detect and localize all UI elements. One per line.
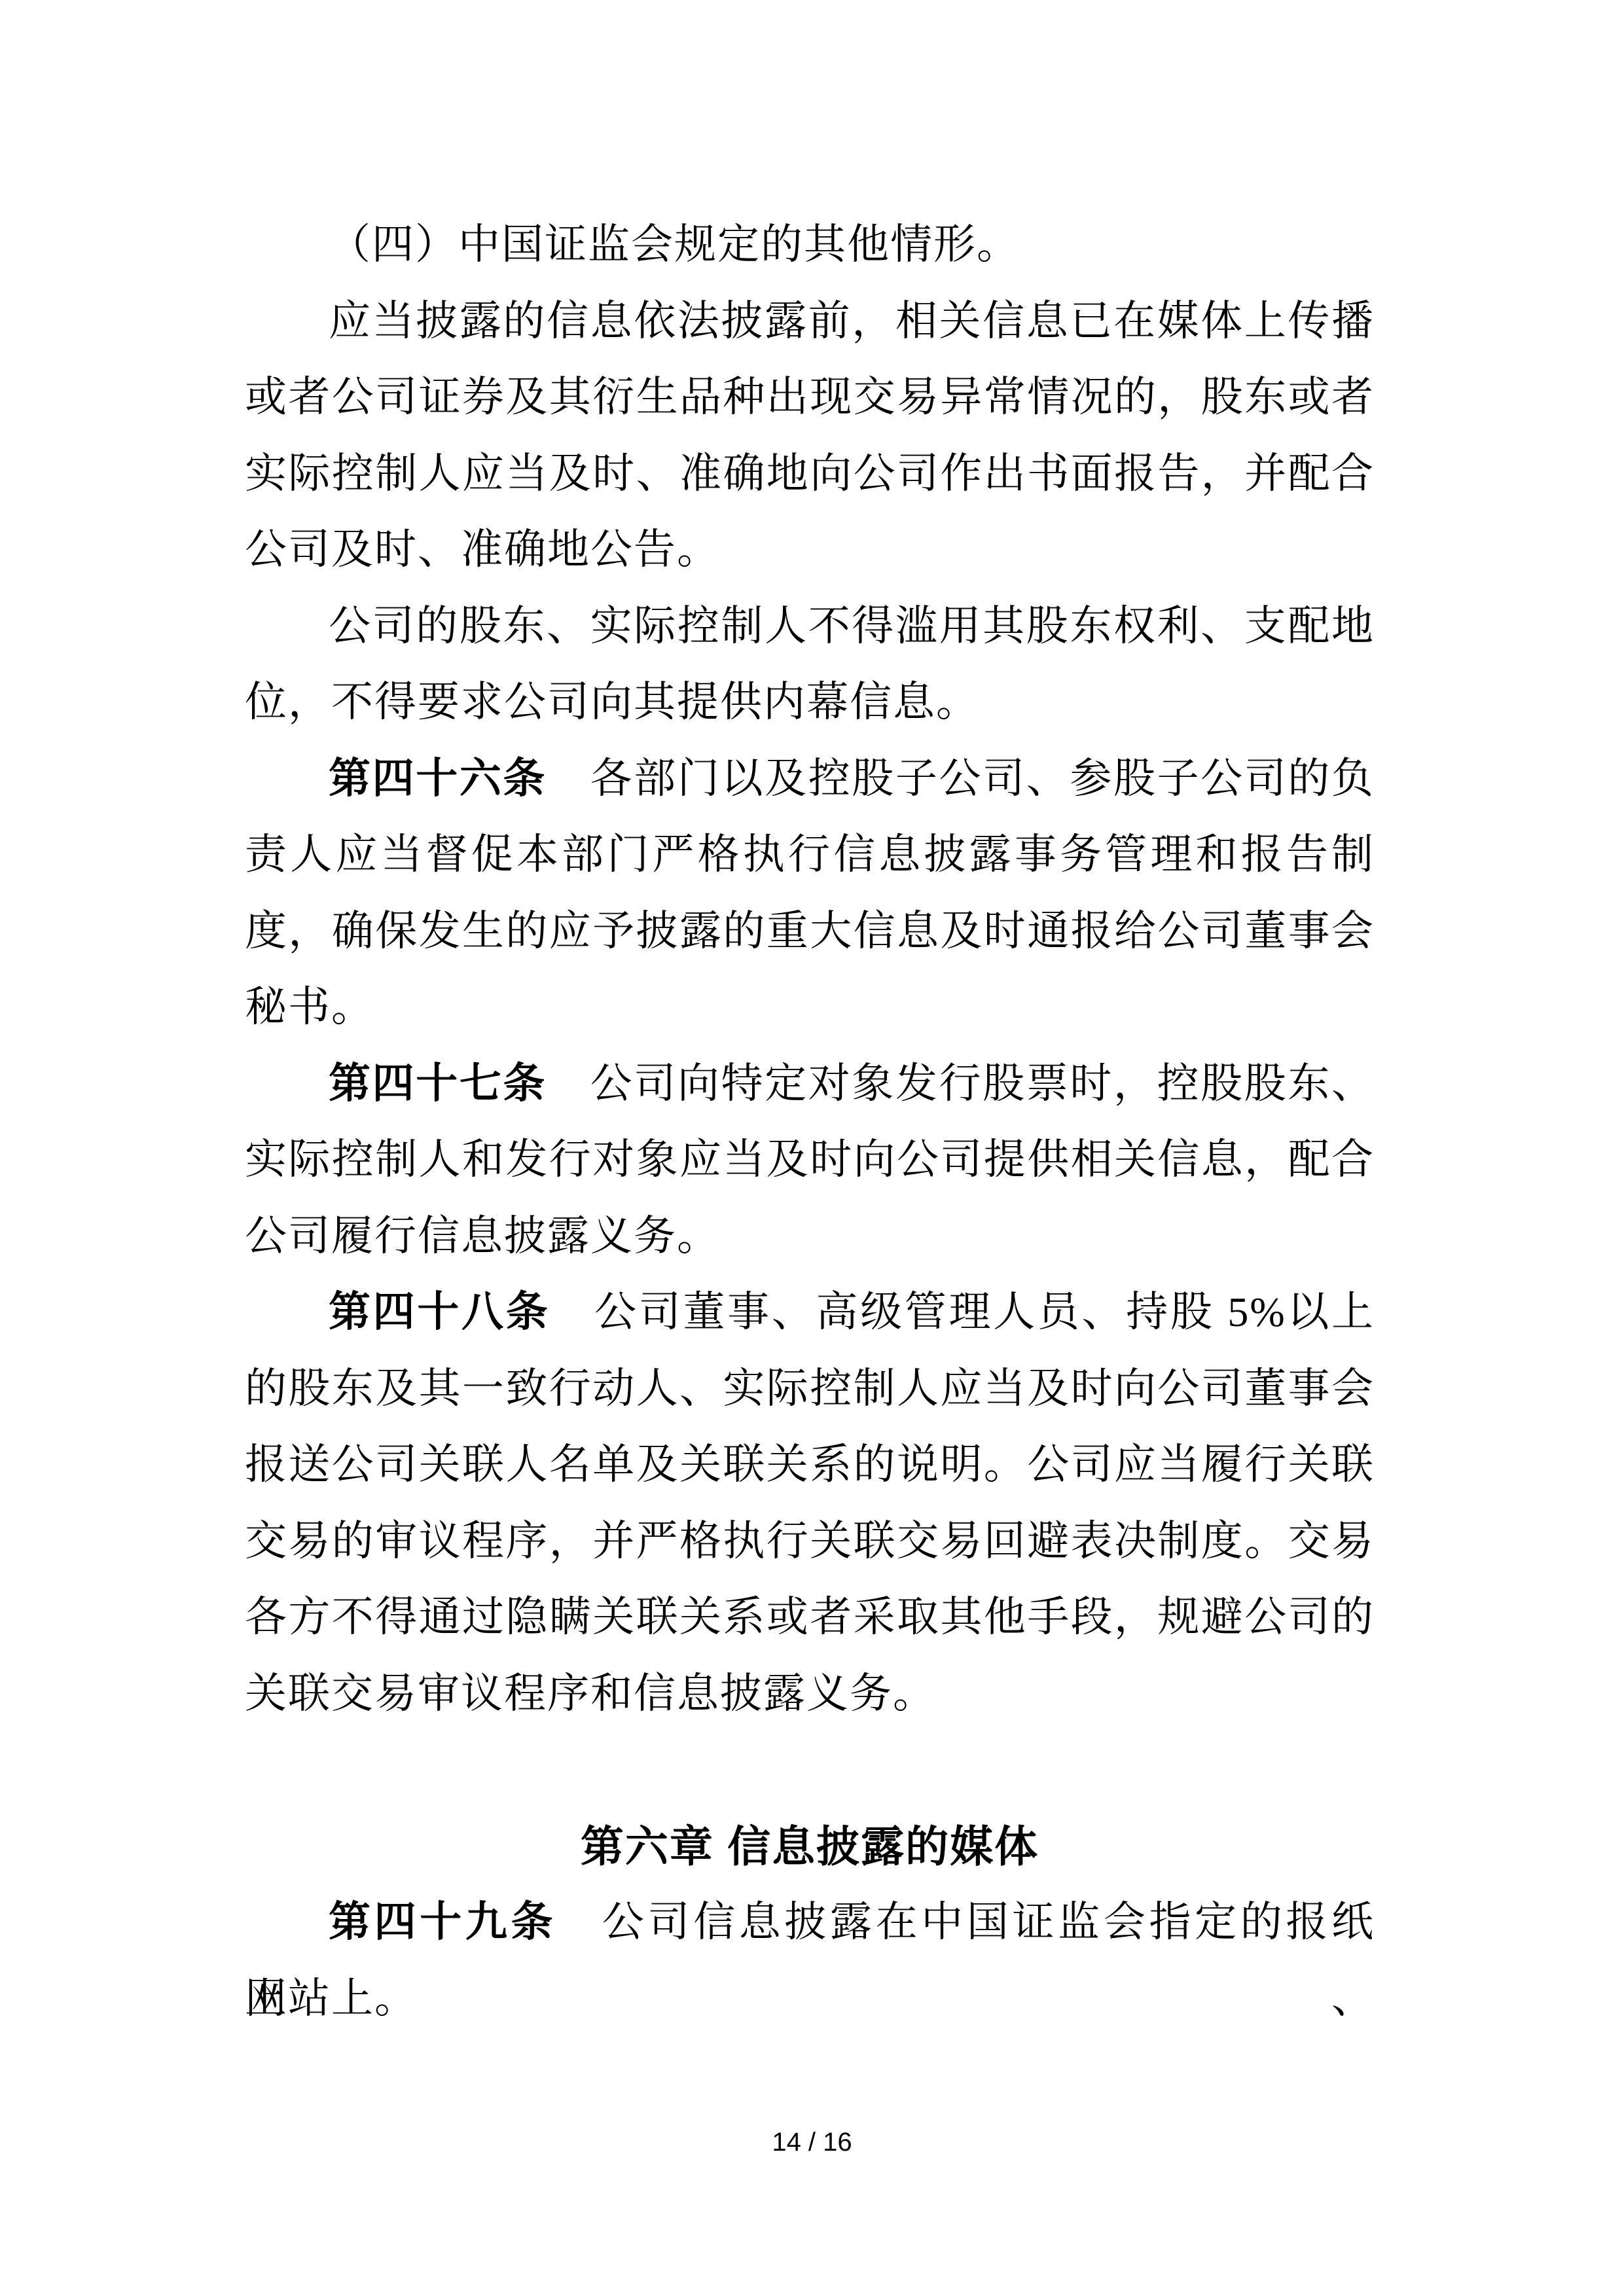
line-text: 公司董事、高级管理人员、持股 5%以上	[550, 1289, 1375, 1335]
line-text: 公司的股东、实际控制人不得滥用其股东权利、支配地	[329, 603, 1375, 649]
chapter-heading: 第六章 信息披露的媒体	[245, 1808, 1375, 1885]
text-line: 公司的股东、实际控制人不得滥用其股东权利、支配地	[245, 588, 1375, 665]
text-line: 第四十九条 公司信息披露在中国证监会指定的报纸上、	[245, 1884, 1375, 1961]
text-line: 各方不得通过隐瞒关联关系或者采取其他手段，规避公司的	[245, 1579, 1375, 1656]
article-number: 第四十七条	[329, 1060, 547, 1107]
line-text: 关联交易审议程序和信息披露义务。	[245, 1670, 936, 1717]
page-number: 14 / 16	[0, 2127, 1624, 2157]
text-line: 公司履行信息披露义务。	[245, 1198, 1375, 1275]
line-text: 公司向特定对象发行股票时，控股股东、	[547, 1060, 1375, 1107]
line-text: 网站上。	[245, 1975, 418, 2022]
line-text: 的股东及其一致行动人、实际控制人应当及时向公司董事会	[245, 1365, 1375, 1412]
line-text: 度，确保发生的应予披露的重大信息及时通报给公司董事会	[245, 908, 1375, 954]
article-number: 第四十九条	[329, 1899, 556, 1945]
text-line: 秘书。	[245, 969, 1375, 1046]
line-text: 实际控制人和发行对象应当及时向公司提供相关信息，配合	[245, 1136, 1375, 1183]
line-text: 或者公司证券及其衍生品种出现交易异常情况的，股东或者	[245, 374, 1375, 420]
line-text: 报送公司关联人名单及关联关系的说明。公司应当履行关联	[245, 1441, 1375, 1488]
text-line: 关联交易审议程序和信息披露义务。	[245, 1656, 1375, 1732]
line-text: 各方不得通过隐瞒关联关系或者采取其他手段，规避公司的	[245, 1594, 1375, 1640]
text-line: 实际控制人应当及时、准确地向公司作出书面报告，并配合	[245, 436, 1375, 512]
text-line: 位，不得要求公司向其提供内幕信息。	[245, 664, 1375, 741]
text-line: 责人应当督促本部门严格执行信息披露事务管理和报告制	[245, 817, 1375, 893]
line-text: 交易的审议程序，并严格执行关联交易回避表决制度。交易	[245, 1518, 1375, 1564]
text-line: 公司及时、准确地公告。	[245, 512, 1375, 588]
text-line: （四）中国证监会规定的其他情形。	[245, 207, 1375, 283]
text-line: 第四十六条 各部门以及控股子公司、参股子公司的负	[245, 741, 1375, 817]
line-text: 各部门以及控股子公司、参股子公司的负	[547, 755, 1375, 802]
text-line: 或者公司证券及其衍生品种出现交易异常情况的，股东或者	[245, 359, 1375, 436]
text-line: 第四十七条 公司向特定对象发行股票时，控股股东、	[245, 1046, 1375, 1122]
line-text: 责人应当督促本部门严格执行信息披露事务管理和报告制	[245, 831, 1375, 878]
line-text: 公司履行信息披露义务。	[245, 1213, 720, 1259]
article-number: 第四十八条	[329, 1289, 550, 1335]
line-text: 位，不得要求公司向其提供内幕信息。	[245, 679, 979, 725]
article-number: 第四十六条	[329, 755, 547, 802]
text-line: 第四十八条 公司董事、高级管理人员、持股 5%以上	[245, 1274, 1375, 1351]
line-text: 秘书。	[245, 984, 374, 1030]
document-body: （四）中国证监会规定的其他情形。 应当披露的信息依法披露前，相关信息已在媒体上传…	[245, 207, 1375, 2037]
line-text: （四）中国证监会规定的其他情形。	[329, 221, 1020, 268]
text-line: 度，确保发生的应予披露的重大信息及时通报给公司董事会	[245, 893, 1375, 970]
text-line: 报送公司关联人名单及关联关系的说明。公司应当履行关联	[245, 1427, 1375, 1503]
text-line: 交易的审议程序，并严格执行关联交易回避表决制度。交易	[245, 1503, 1375, 1580]
document-page: （四）中国证监会规定的其他情形。 应当披露的信息依法披露前，相关信息已在媒体上传…	[0, 0, 1624, 2296]
line-text: 实际控制人应当及时、准确地向公司作出书面报告，并配合	[245, 450, 1375, 497]
text-line: 的股东及其一致行动人、实际控制人应当及时向公司董事会	[245, 1351, 1375, 1427]
line-text: 应当披露的信息依法披露前，相关信息已在媒体上传播	[329, 298, 1375, 344]
line-text: 公司及时、准确地公告。	[245, 526, 720, 573]
text-line: 应当披露的信息依法披露前，相关信息已在媒体上传播	[245, 283, 1375, 360]
text-line: 实际控制人和发行对象应当及时向公司提供相关信息，配合	[245, 1122, 1375, 1198]
